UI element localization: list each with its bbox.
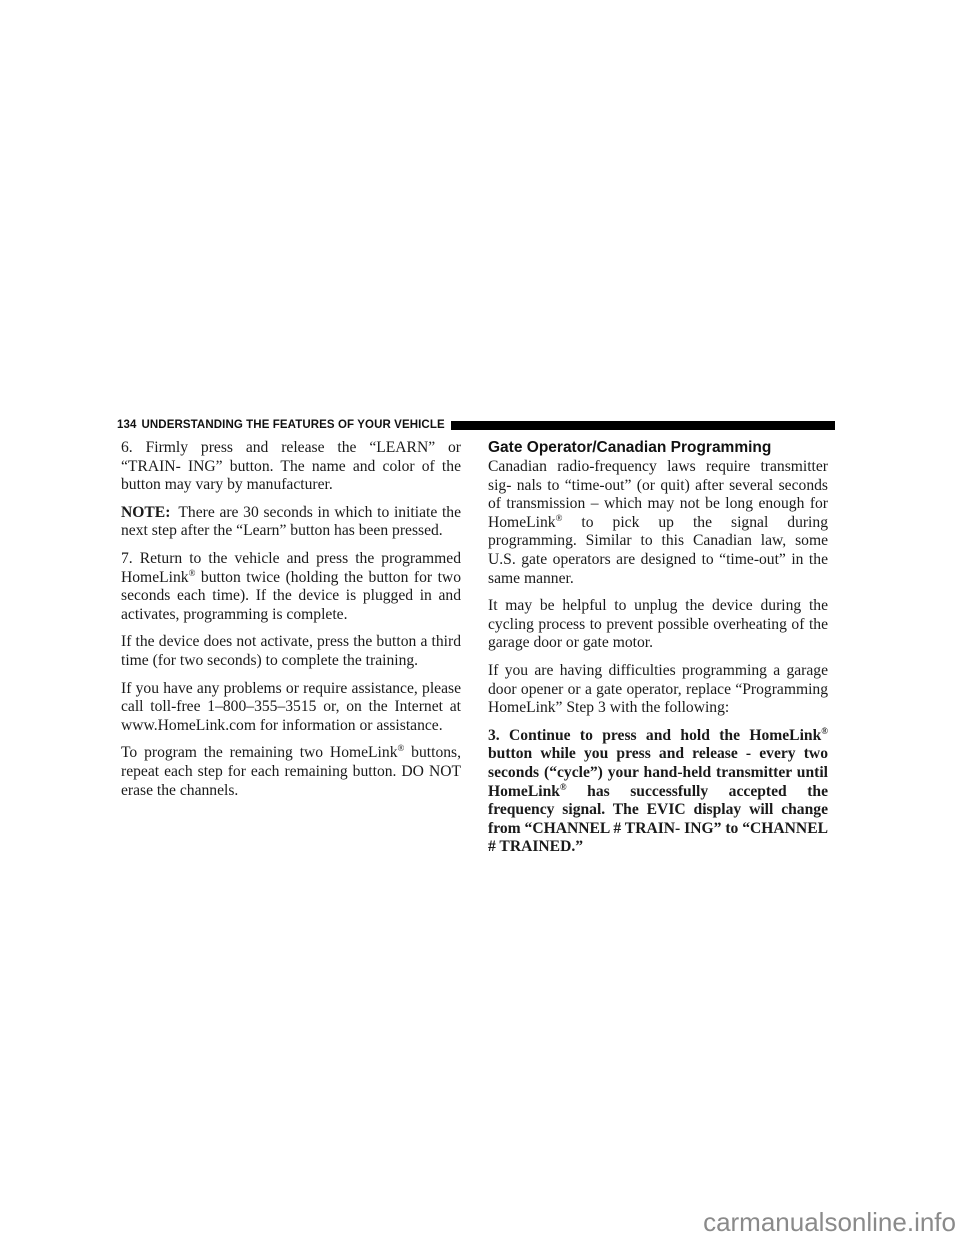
canadian-law-paragraph: Canadian radio-frequency laws require tr… [488,458,828,588]
step-3-text-a: 3. Continue to press and hold the HomeLi… [488,727,821,744]
left-column: 6. Firmly press and release the “LEARN” … [121,439,461,809]
right-column: Gate Operator/Canadian Programming Canad… [488,439,828,866]
remaining-buttons-paragraph: To program the remaining two HomeLink® b… [121,744,461,800]
step-7-paragraph: 7. Return to the vehicle and press the p… [121,550,461,624]
step-6-paragraph: 6. Firmly press and release the “LEARN” … [121,439,461,495]
watermark: carmanualsonline.info [703,1207,956,1238]
registered-mark: ® [821,726,828,736]
note-paragraph: NOTE:There are 30 seconds in which to in… [121,504,461,541]
section-heading: Gate Operator/Canadian Programming [488,439,828,457]
note-text: There are 30 seconds in which to initiat… [121,504,461,540]
chapter-title: UNDERSTANDING THE FEATURES OF YOUR VEHIC… [142,419,445,431]
difficulties-paragraph: If you are having difficulties programmi… [488,662,828,718]
third-press-paragraph: If the device does not activate, press t… [121,633,461,670]
unplug-paragraph: It may be helpful to unplug the device d… [488,597,828,653]
header-rule [451,421,835,430]
registered-mark: ® [560,781,567,791]
note-label: NOTE: [121,504,170,521]
remaining-text-a: To program the remaining two HomeLink [121,744,398,761]
page-number: 134 [117,419,137,431]
assistance-paragraph: If you have any problems or require assi… [121,680,461,736]
page-header: 134 UNDERSTANDING THE FEATURES OF YOUR V… [117,418,835,432]
replacement-step-3: 3. Continue to press and hold the HomeLi… [488,727,828,857]
